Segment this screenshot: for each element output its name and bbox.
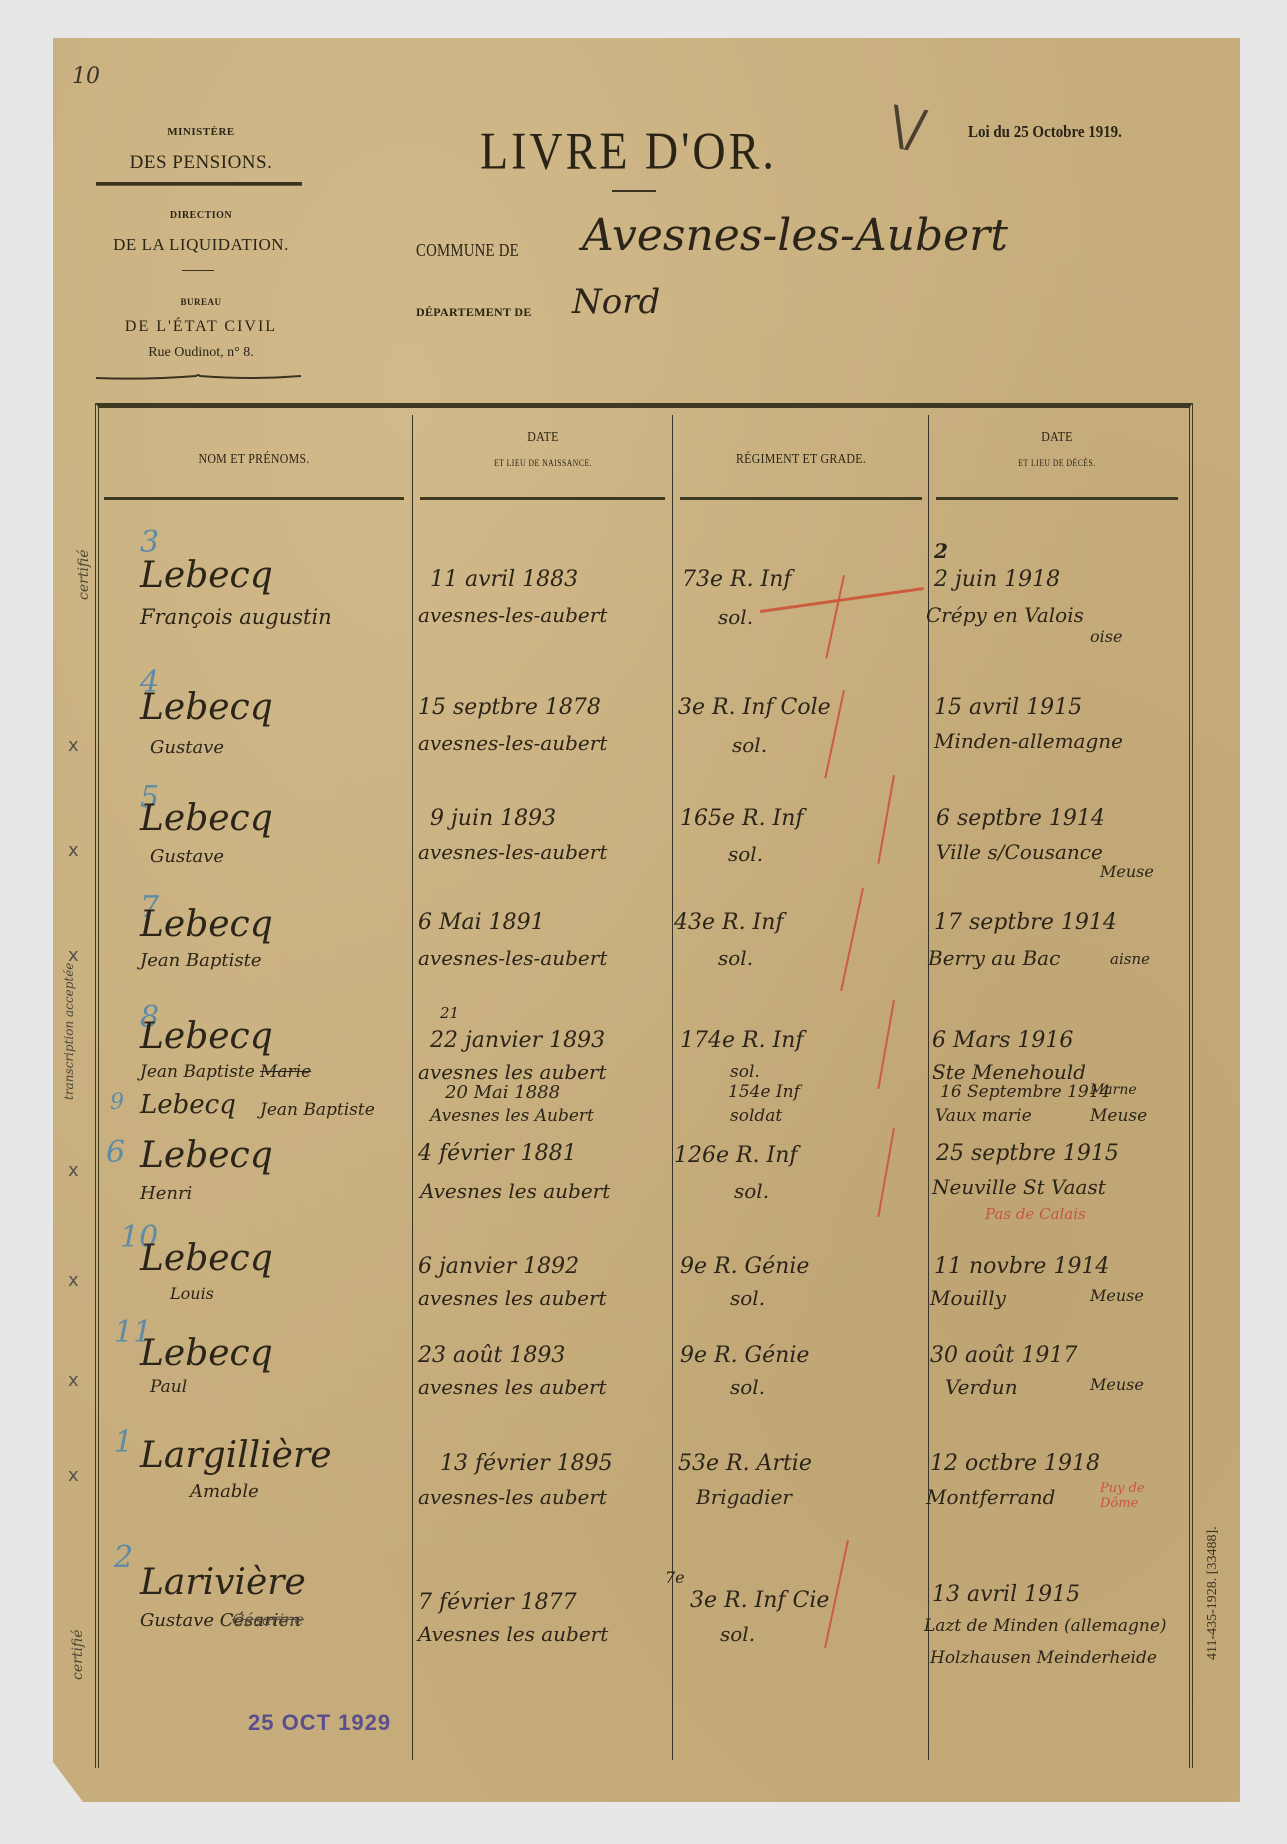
death-place: Minden-allemagne xyxy=(934,729,1123,753)
birth-place: avesnes-les-aubert xyxy=(418,731,607,755)
header-rule xyxy=(104,497,404,500)
surname: Lebecq xyxy=(140,904,273,945)
birth-place: avesnes les aubert xyxy=(418,1375,607,1399)
birth-date: 11 avril 1883 xyxy=(430,567,578,592)
print-code: 411-435-1928. [33488]. xyxy=(1205,1526,1221,1660)
date-stamp: 25 OCT 1929 xyxy=(248,1710,391,1736)
entry-index: 2 xyxy=(114,1540,133,1575)
grade: sol. xyxy=(718,605,753,629)
grade: sol. xyxy=(718,946,753,970)
grade: Brigadier xyxy=(696,1485,792,1509)
commune-value: Avesnes-les-Aubert xyxy=(582,210,1008,261)
given-names-struck: Césarine xyxy=(232,1610,304,1629)
death-region: Pas de Calais xyxy=(985,1205,1086,1223)
ministry-divider xyxy=(96,182,302,186)
death-place: Mouilly xyxy=(930,1286,1006,1310)
surname: Lebecq xyxy=(140,1090,236,1120)
document-title: LIVRE D'OR. xyxy=(480,120,777,181)
bureau-label: BUREAU xyxy=(96,297,306,307)
tally-mark: x xyxy=(68,840,79,861)
given-names: François augustin xyxy=(140,605,332,629)
given-names: Gustave xyxy=(150,737,224,758)
margin-note: certifié xyxy=(70,1629,86,1680)
given-names: Henri xyxy=(140,1183,192,1204)
death-region: Meuse xyxy=(1090,1106,1147,1126)
birth-place: avesnes-les-aubert xyxy=(418,603,607,627)
death-place: Neuville St Vaast xyxy=(932,1175,1106,1199)
death-date: 13 avril 1915 xyxy=(932,1582,1080,1607)
column-header-death: DATE ET LIEU DE DÉCÈS. xyxy=(951,430,1164,468)
regiment: 73e R. Inf xyxy=(682,567,792,592)
given-names: Jean Baptiste xyxy=(140,1062,255,1082)
birth-place: avesnes-les-aubert xyxy=(418,840,607,864)
death-region: Meuse xyxy=(1090,1375,1144,1394)
given-names: Jean Baptiste xyxy=(260,1100,375,1120)
birth-place: avesnes-les aubert xyxy=(418,1485,607,1509)
death-place: Lazt de Minden (allemagne) xyxy=(924,1616,1167,1636)
grade: sol. xyxy=(732,733,767,757)
column-divider xyxy=(412,415,413,1760)
surname: Lebecq xyxy=(140,1333,273,1374)
entry-index: 9 xyxy=(110,1090,124,1115)
birth-date: 9 juin 1893 xyxy=(430,806,556,831)
tally-mark: x xyxy=(68,735,79,756)
death-place: Ste Menehould xyxy=(932,1060,1086,1084)
death-place: Crépy en Valois xyxy=(926,603,1084,627)
ministry-name: DES PENSIONS. xyxy=(96,152,306,174)
death-place: Ville s/Cousance xyxy=(936,840,1103,864)
entry-index: 1 xyxy=(114,1425,133,1460)
death-date: 30 août 1917 xyxy=(930,1343,1077,1368)
death-region: aisne xyxy=(1110,950,1150,968)
death-region: Puy de Dôme xyxy=(1100,1481,1180,1511)
grade: sol. xyxy=(730,1375,765,1399)
birth-date: 6 Mai 1891 xyxy=(418,910,545,935)
regiment: 43e R. Inf xyxy=(674,910,784,935)
column-divider xyxy=(672,415,673,1760)
grade: sol. xyxy=(734,1179,769,1203)
death-date: 6 septbre 1914 xyxy=(936,806,1105,831)
birth-date: 15 septbre 1878 xyxy=(418,695,601,720)
direction-label: DIRECTION xyxy=(96,210,306,221)
surname: Largillière xyxy=(140,1435,332,1476)
death-date: 16 Septembre 1914 xyxy=(940,1082,1110,1102)
birth-place: Avesnes les aubert xyxy=(420,1179,610,1203)
header-rule xyxy=(420,497,665,500)
death-date-correction: 2 xyxy=(934,539,948,563)
commune-label: COMMUNE DE xyxy=(416,240,519,261)
tally-mark: x xyxy=(68,1160,79,1181)
death-date: 6 Mars 1916 xyxy=(932,1028,1073,1053)
surname: Lebecq xyxy=(140,798,273,839)
grade: sol. xyxy=(720,1622,755,1646)
birth-date: 23 août 1893 xyxy=(418,1343,565,1368)
surname: Lebecq xyxy=(140,1016,273,1057)
law-reference: Loi du 25 Octobre 1919. xyxy=(968,122,1122,142)
ornament-divider xyxy=(96,372,301,382)
birth-date: 13 février 1895 xyxy=(440,1451,613,1476)
column-header-name: NOM ET PRÉNOMS. xyxy=(127,452,382,468)
birth-date: 6 janvier 1892 xyxy=(418,1254,579,1279)
death-date: 15 avril 1915 xyxy=(934,695,1082,720)
regiment-correction: 7e xyxy=(665,1568,685,1587)
birth-place: Avesnes les Aubert xyxy=(430,1106,594,1126)
death-region: Meuse xyxy=(1100,862,1154,881)
birth-date-correction: 21 xyxy=(440,1004,459,1022)
regiment: 9e R. Génie xyxy=(680,1254,809,1279)
regiment: 3e R. Inf Cole xyxy=(678,695,831,720)
regiment: 3e R. Inf Cie xyxy=(690,1588,829,1613)
column-header-birth: DATE ET LIEU DE NAISSANCE. xyxy=(437,430,650,468)
grade: sol. xyxy=(730,1286,765,1310)
birth-place: avesnes les aubert xyxy=(418,1286,607,1310)
death-date: 11 novbre 1914 xyxy=(934,1254,1109,1279)
death-date: 2 juin 1918 xyxy=(934,567,1060,592)
birth-place: Avesnes les aubert xyxy=(418,1622,608,1646)
grade: soldat xyxy=(730,1106,782,1126)
surname: Lebecq xyxy=(140,687,273,728)
birth-date: 22 janvier 1893 xyxy=(430,1028,605,1053)
bureau-address: Rue Oudinot, n° 8. xyxy=(96,345,306,361)
death-place: Montferrand xyxy=(926,1485,1055,1509)
death-date: 17 septbre 1914 xyxy=(934,910,1117,935)
death-place: Vaux marie xyxy=(935,1106,1032,1126)
grade: sol. xyxy=(728,842,763,866)
grade: sol. xyxy=(730,1062,760,1082)
given-names: Amable xyxy=(190,1481,259,1502)
tally-mark: x xyxy=(68,1270,79,1291)
header-rule xyxy=(936,497,1178,500)
surname: Larivière xyxy=(140,1562,306,1603)
birth-date: 20 Mai 1888 xyxy=(445,1082,560,1103)
death-date: 12 octbre 1918 xyxy=(930,1451,1100,1476)
department-value: Nord xyxy=(572,282,660,322)
title-divider xyxy=(612,190,656,192)
folio-number: 10 xyxy=(72,64,100,89)
regiment: 126e R. Inf xyxy=(674,1143,798,1168)
death-region: Meuse xyxy=(1090,1286,1144,1305)
given-names: Jean Baptiste xyxy=(140,950,262,971)
margin-note: transcription acceptée xyxy=(62,963,76,1100)
birth-place: avesnes-les-aubert xyxy=(418,946,607,970)
department-label: DÉPARTEMENT DE xyxy=(416,305,532,320)
death-place: Verdun xyxy=(945,1375,1018,1399)
given-names-struck: Marie xyxy=(260,1062,311,1082)
given-names: Louis xyxy=(170,1284,214,1303)
tally-mark: x xyxy=(68,1370,79,1391)
regiment: 165e R. Inf xyxy=(680,806,804,831)
death-region: oise xyxy=(1090,627,1122,646)
regiment: 53e R. Artie xyxy=(678,1451,812,1476)
death-place: Berry au Bac xyxy=(928,946,1060,970)
regiment: 9e R. Génie xyxy=(680,1343,809,1368)
tally-mark: x xyxy=(68,1465,79,1486)
given-names: Gustave xyxy=(150,846,224,867)
column-header-regiment: RÉGIMENT ET GRADE. xyxy=(695,452,908,468)
birth-date: 4 février 1881 xyxy=(418,1141,577,1166)
given-names: Paul xyxy=(150,1377,187,1397)
header-rule xyxy=(680,497,922,500)
surname: Lebecq xyxy=(140,1238,273,1279)
ministry-label: MINISTÈRE xyxy=(96,126,306,138)
entry-index: 6 xyxy=(106,1135,125,1170)
direction-name: DE LA LIQUIDATION. xyxy=(96,235,306,255)
regiment: 174e R. Inf xyxy=(680,1028,804,1053)
surname: Lebecq xyxy=(140,555,273,596)
direction-divider xyxy=(182,270,214,271)
surname: Lebecq xyxy=(140,1135,273,1176)
regiment: 154e Inf xyxy=(728,1082,800,1102)
birth-place: avesnes les aubert xyxy=(418,1060,607,1084)
death-date: 25 septbre 1915 xyxy=(936,1141,1119,1166)
bureau-name: DE L'ÉTAT CIVIL xyxy=(96,318,306,336)
margin-note: certifié xyxy=(76,549,92,600)
death-region: Holzhausen Meinderheide xyxy=(930,1648,1157,1668)
birth-date: 7 février 1877 xyxy=(418,1590,577,1615)
